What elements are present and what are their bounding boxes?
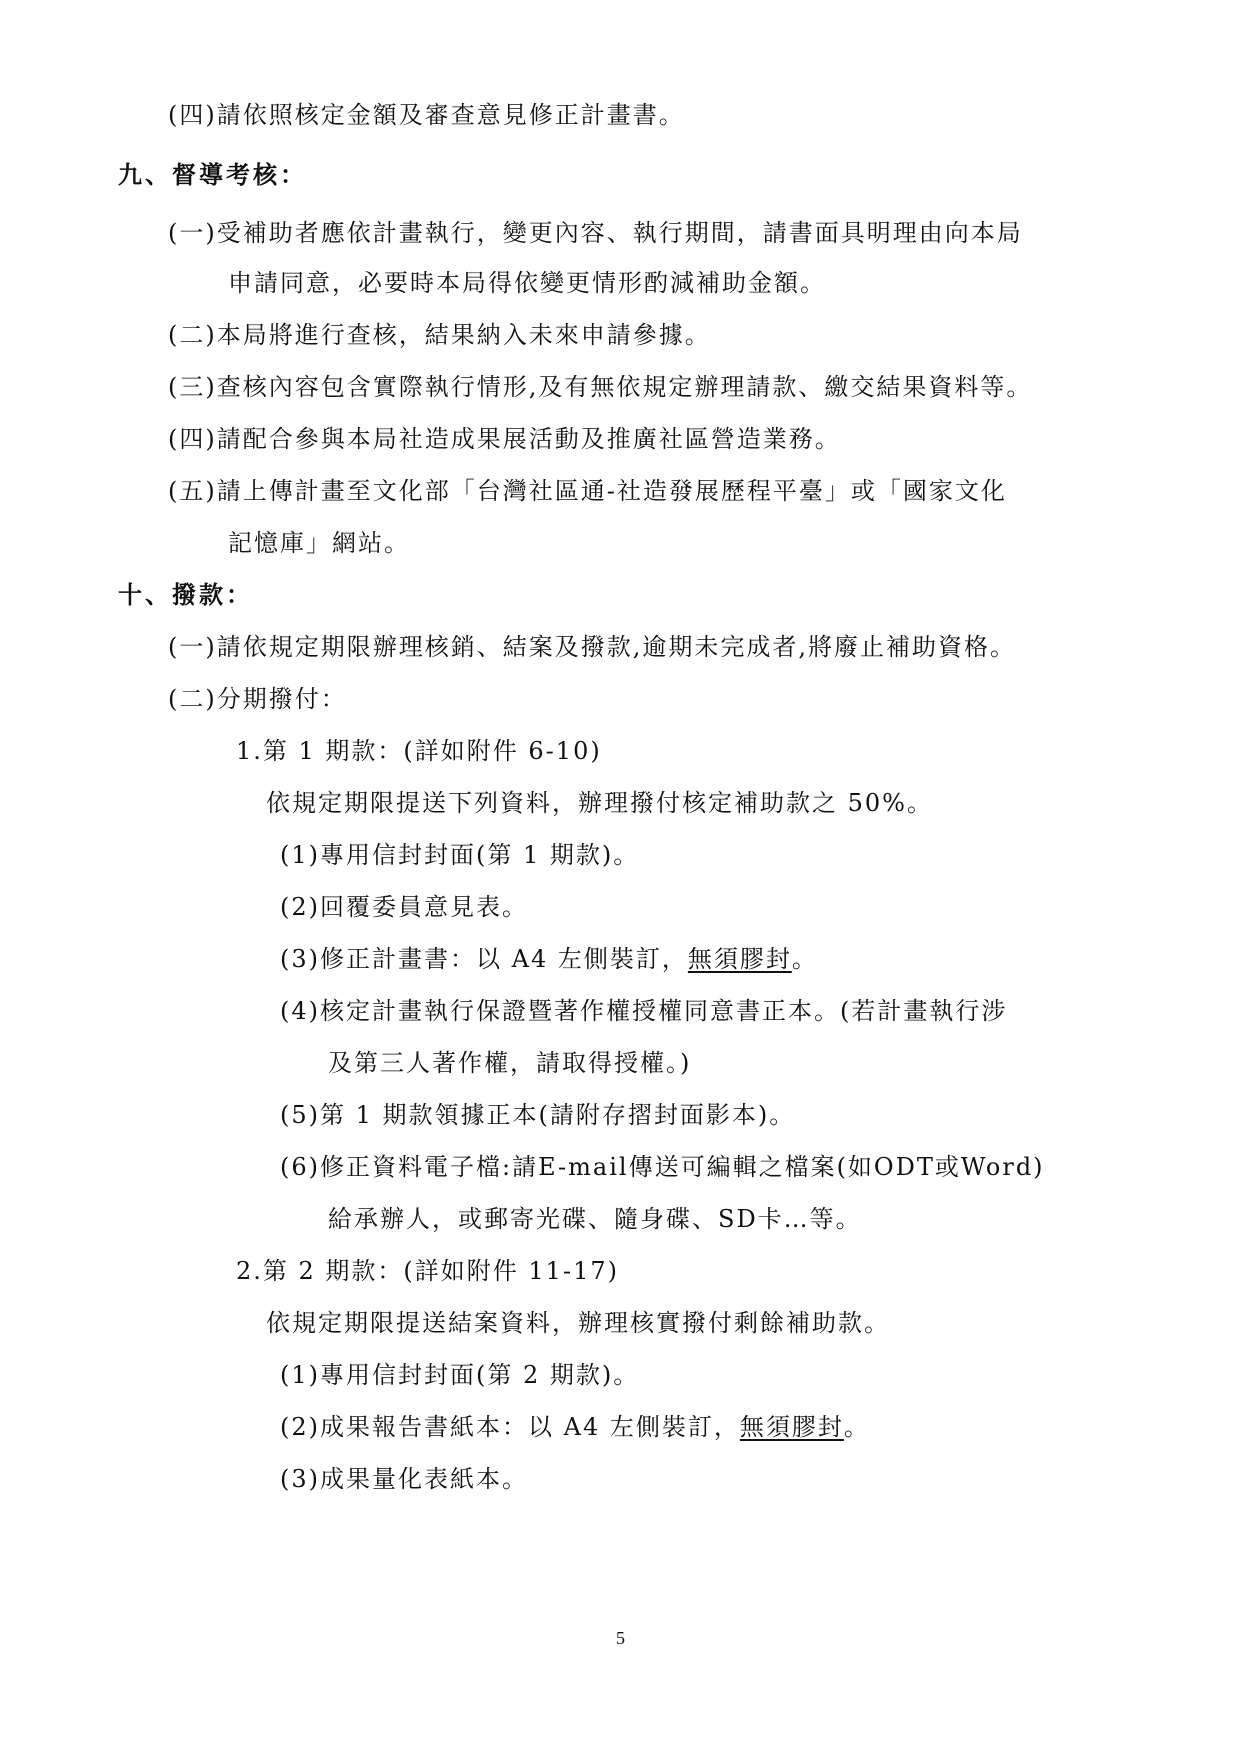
installment-1-doc-5: (5)第 1 期款領據正本(請附存摺封面影本)。 [280,1100,795,1130]
installment-1-doc-6-cont: 給承辦人，或郵寄光碟、隨身碟、SD卡…等。 [328,1204,862,1234]
supervision-item-4: (四)請配合參與本局社造成果展活動及推廣社區營造業務。 [168,424,841,454]
installment-2-desc: 依規定期限提送結案資料，辦理核實撥付剩餘補助款。 [266,1308,890,1338]
installment-1-doc-4: (4)核定計畫執行保證暨著作權授權同意書正本。(若計畫執行涉 [280,996,1007,1026]
installment-1-doc-1: (1)專用信封封面(第 1 期款)。 [280,840,639,870]
supervision-item-2: (二)本局將進行查核，結果納入未來申請參據。 [168,320,711,350]
installment-2-doc-2: (2)成果報告書紙本：以 A4 左側裝訂，無須膠封。 [280,1412,870,1442]
installment-1-doc-4-cont: 及第三人著作權，請取得授權。) [328,1048,691,1078]
doc-3-period: 。 [792,945,818,973]
installment-1-doc-2: (2)回覆委員意見表。 [280,892,528,922]
section-heading-payment: 十、撥款： [118,580,253,610]
supervision-item-5: (五)請上傳計畫至文化部「台灣社區通-社造發展歷程平臺」或「國家文化 [168,476,1007,506]
supervision-item-1: (一)受補助者應依計畫執行，變更內容、執行期間，請書面具明理由向本局 [168,218,1023,248]
installment-1-doc-6: (6)修正資料電子檔:請E-mail傳送可編輯之檔案(如ODT或Word) [280,1152,1045,1182]
installment-1-title: 1.第 1 期款：(詳如附件 6-10) [236,736,602,766]
installment-1-doc-3: (3)修正計畫書：以 A4 左側裝訂，無須膠封。 [280,944,818,974]
installment-1-desc: 依規定期限提送下列資料，辦理撥付核定補助款之 50%。 [266,788,933,818]
supervision-item-1-cont: 申請同意，必要時本局得依變更情形酌減補助金額。 [228,268,826,298]
payment-item-2: (二)分期撥付： [168,684,347,714]
no-glue-binding-note: 無須膠封 [740,1413,844,1441]
item-4-revise-plan: (四)請依照核定金額及審查意見修正計畫書。 [168,100,685,130]
page-number: 5 [0,1628,1241,1649]
no-glue-binding-note: 無須膠封 [688,945,792,973]
section-heading-supervision: 九、督導考核： [118,160,307,190]
doc-2-text: (2)成果報告書紙本：以 A4 左側裝訂， [280,1413,740,1441]
supervision-item-3: (三)查核內容包含實際執行情形,及有無依規定辦理請款、繳交結果資料等。 [168,372,1032,402]
installment-2-doc-1: (1)專用信封封面(第 2 期款)。 [280,1360,639,1390]
doc-2-period: 。 [844,1413,870,1441]
supervision-item-5-cont: 記憶庫」網站。 [228,528,410,558]
payment-item-1: (一)請依規定期限辦理核銷、結案及撥款,逾期未完成者,將廢止補助資格。 [168,632,1016,662]
installment-2-doc-3: (3)成果量化表紙本。 [280,1464,528,1494]
doc-3-text: (3)修正計畫書：以 A4 左側裝訂， [280,945,688,973]
installment-2-title: 2.第 2 期款：(詳如附件 11-17) [236,1256,619,1286]
